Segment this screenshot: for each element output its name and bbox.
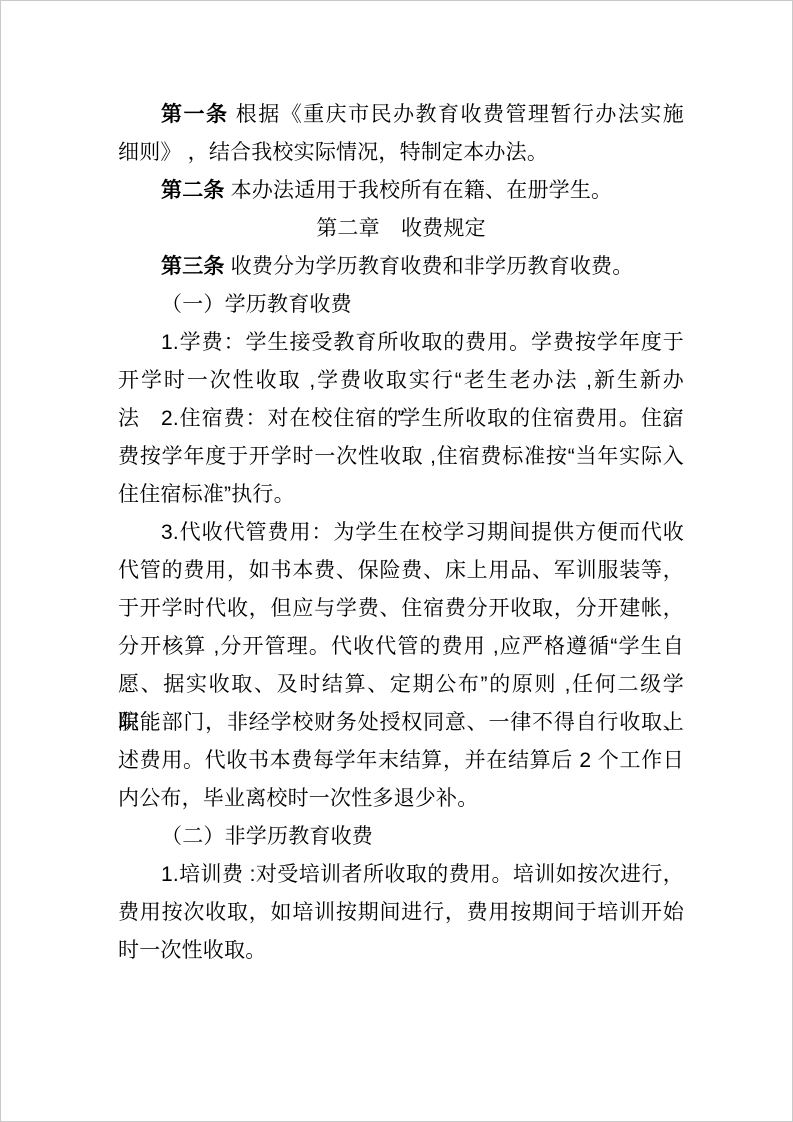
text-line: 分开核算 ,分开管理。代收代管的费用 ,应严格遵循“学生自 bbox=[118, 628, 684, 666]
text-segment: 代管的费用，如书本费、保险费、床上用品、军训服装等， bbox=[118, 559, 684, 582]
text-segment: （一）学历教育收费 bbox=[161, 293, 352, 316]
text-segment: 细则》 ，结合我校实际情况，特制定本办法。 bbox=[118, 141, 548, 164]
text-line: 第二条 本办法适用于我校所有在籍、在册学生。 bbox=[118, 172, 684, 210]
text-line: 代管的费用，如书本费、保险费、床上用品、军训服装等， bbox=[118, 552, 684, 590]
text-line: 时一次性收取。 bbox=[118, 932, 684, 970]
text-line: 第一条 根据《重庆市民办教育收费管理暂行办法实施 bbox=[118, 96, 684, 134]
text-segment: 分开核算 ,分开管理。代收代管的费用 ,应严格遵循“学生自 bbox=[118, 635, 684, 658]
text-line: 述费用。代收书本费每学年末结算，并在结算后 2 个工作日 bbox=[118, 742, 684, 780]
text-line: 细则》 ，结合我校实际情况，特制定本办法。 bbox=[118, 134, 684, 172]
chapter-heading: 第二章 收费规定 bbox=[118, 210, 684, 248]
text-line: 第三条 收费分为学历教育收费和非学历教育收费。 bbox=[118, 248, 684, 286]
text-segment: 述费用。代收书本费每学年末结算，并在结算后 2 个工作日 bbox=[118, 749, 684, 772]
document-body: 第一条 根据《重庆市民办教育收费管理暂行办法实施细则》 ，结合我校实际情况，特制… bbox=[118, 96, 684, 970]
text-line: （一）学历教育收费 bbox=[118, 286, 684, 324]
text-segment: 根据《重庆市民办教育收费管理暂行办法实施 bbox=[228, 103, 684, 126]
text-segment: （二）非学历教育收费 bbox=[161, 825, 373, 848]
text-line: 内公布，毕业离校时一次性多退少补。 bbox=[118, 780, 684, 818]
text-segment: 费按学年度于开学时一次性收取 ,住宿费标准按“当年实际入 bbox=[118, 445, 684, 468]
text-line: 费用按次收取，如培训按期间进行，费用按期间于培训开始 bbox=[118, 894, 684, 932]
text-segment: 本办法适用于我校所有在籍、在册学生。 bbox=[225, 179, 613, 202]
text-segment: 时一次性收取。 bbox=[118, 939, 266, 962]
text-line: 职能部门，非经学校财务处授权同意、一律不得自行收取上 bbox=[118, 704, 684, 742]
text-segment: 于开学时代收，但应与学费、住宿费分开收取，分开建帐， bbox=[118, 597, 684, 620]
text-segment: 1.学费：学生接受教育所收取的费用。学费按学年度于 bbox=[161, 331, 684, 354]
text-line: 于开学时代收，但应与学费、住宿费分开收取，分开建帐， bbox=[118, 590, 684, 628]
text-line: 愿、据实收取、及时结算、定期公布”的原则 ,任何二级学院、 bbox=[118, 666, 684, 704]
text-segment: 住住宿标准”执行。 bbox=[118, 483, 295, 506]
text-segment: 3.代收代管费用：为学生在校学习期间提供方便而代收 bbox=[161, 521, 684, 544]
article-number: 第二条 bbox=[161, 179, 225, 202]
document-page: 第一条 根据《重庆市民办教育收费管理暂行办法实施细则》 ，结合我校实际情况，特制… bbox=[0, 0, 793, 1122]
text-line: 费按学年度于开学时一次性收取 ,住宿费标准按“当年实际入 bbox=[118, 438, 684, 476]
article-number: 第一条 bbox=[161, 103, 228, 126]
text-segment: 职能部门，非经学校财务处授权同意、一律不得自行收取上 bbox=[118, 711, 684, 734]
text-segment: 内公布，毕业离校时一次性多退少补。 bbox=[118, 787, 478, 810]
text-segment: 2.住宿费：对在校住宿的学生所收取的住宿费用。住宿 bbox=[161, 407, 684, 430]
text-line: 3.代收代管费用：为学生在校学习期间提供方便而代收 bbox=[118, 514, 684, 552]
text-segment: 费用按次收取，如培训按期间进行，费用按期间于培训开始 bbox=[118, 901, 684, 924]
article-number: 第三条 bbox=[161, 255, 225, 278]
text-line: 开学时一次性收取 ,学费收取实行“老生老办法 ,新生新办法”。 bbox=[118, 362, 684, 400]
text-segment: 收费分为学历教育收费和非学历教育收费。 bbox=[225, 255, 634, 278]
text-segment: 第二章 收费规定 bbox=[316, 217, 486, 240]
text-line: 住住宿标准”执行。 bbox=[118, 476, 684, 514]
text-line: 1.学费：学生接受教育所收取的费用。学费按学年度于 bbox=[118, 324, 684, 362]
text-segment: 1.培训费 :对受培训者所收取的费用。培训如按次进行， bbox=[161, 863, 684, 886]
text-line: 2.住宿费：对在校住宿的学生所收取的住宿费用。住宿 bbox=[118, 400, 684, 438]
text-line: （二）非学历教育收费 bbox=[118, 818, 684, 856]
text-line: 1.培训费 :对受培训者所收取的费用。培训如按次进行， bbox=[118, 856, 684, 894]
